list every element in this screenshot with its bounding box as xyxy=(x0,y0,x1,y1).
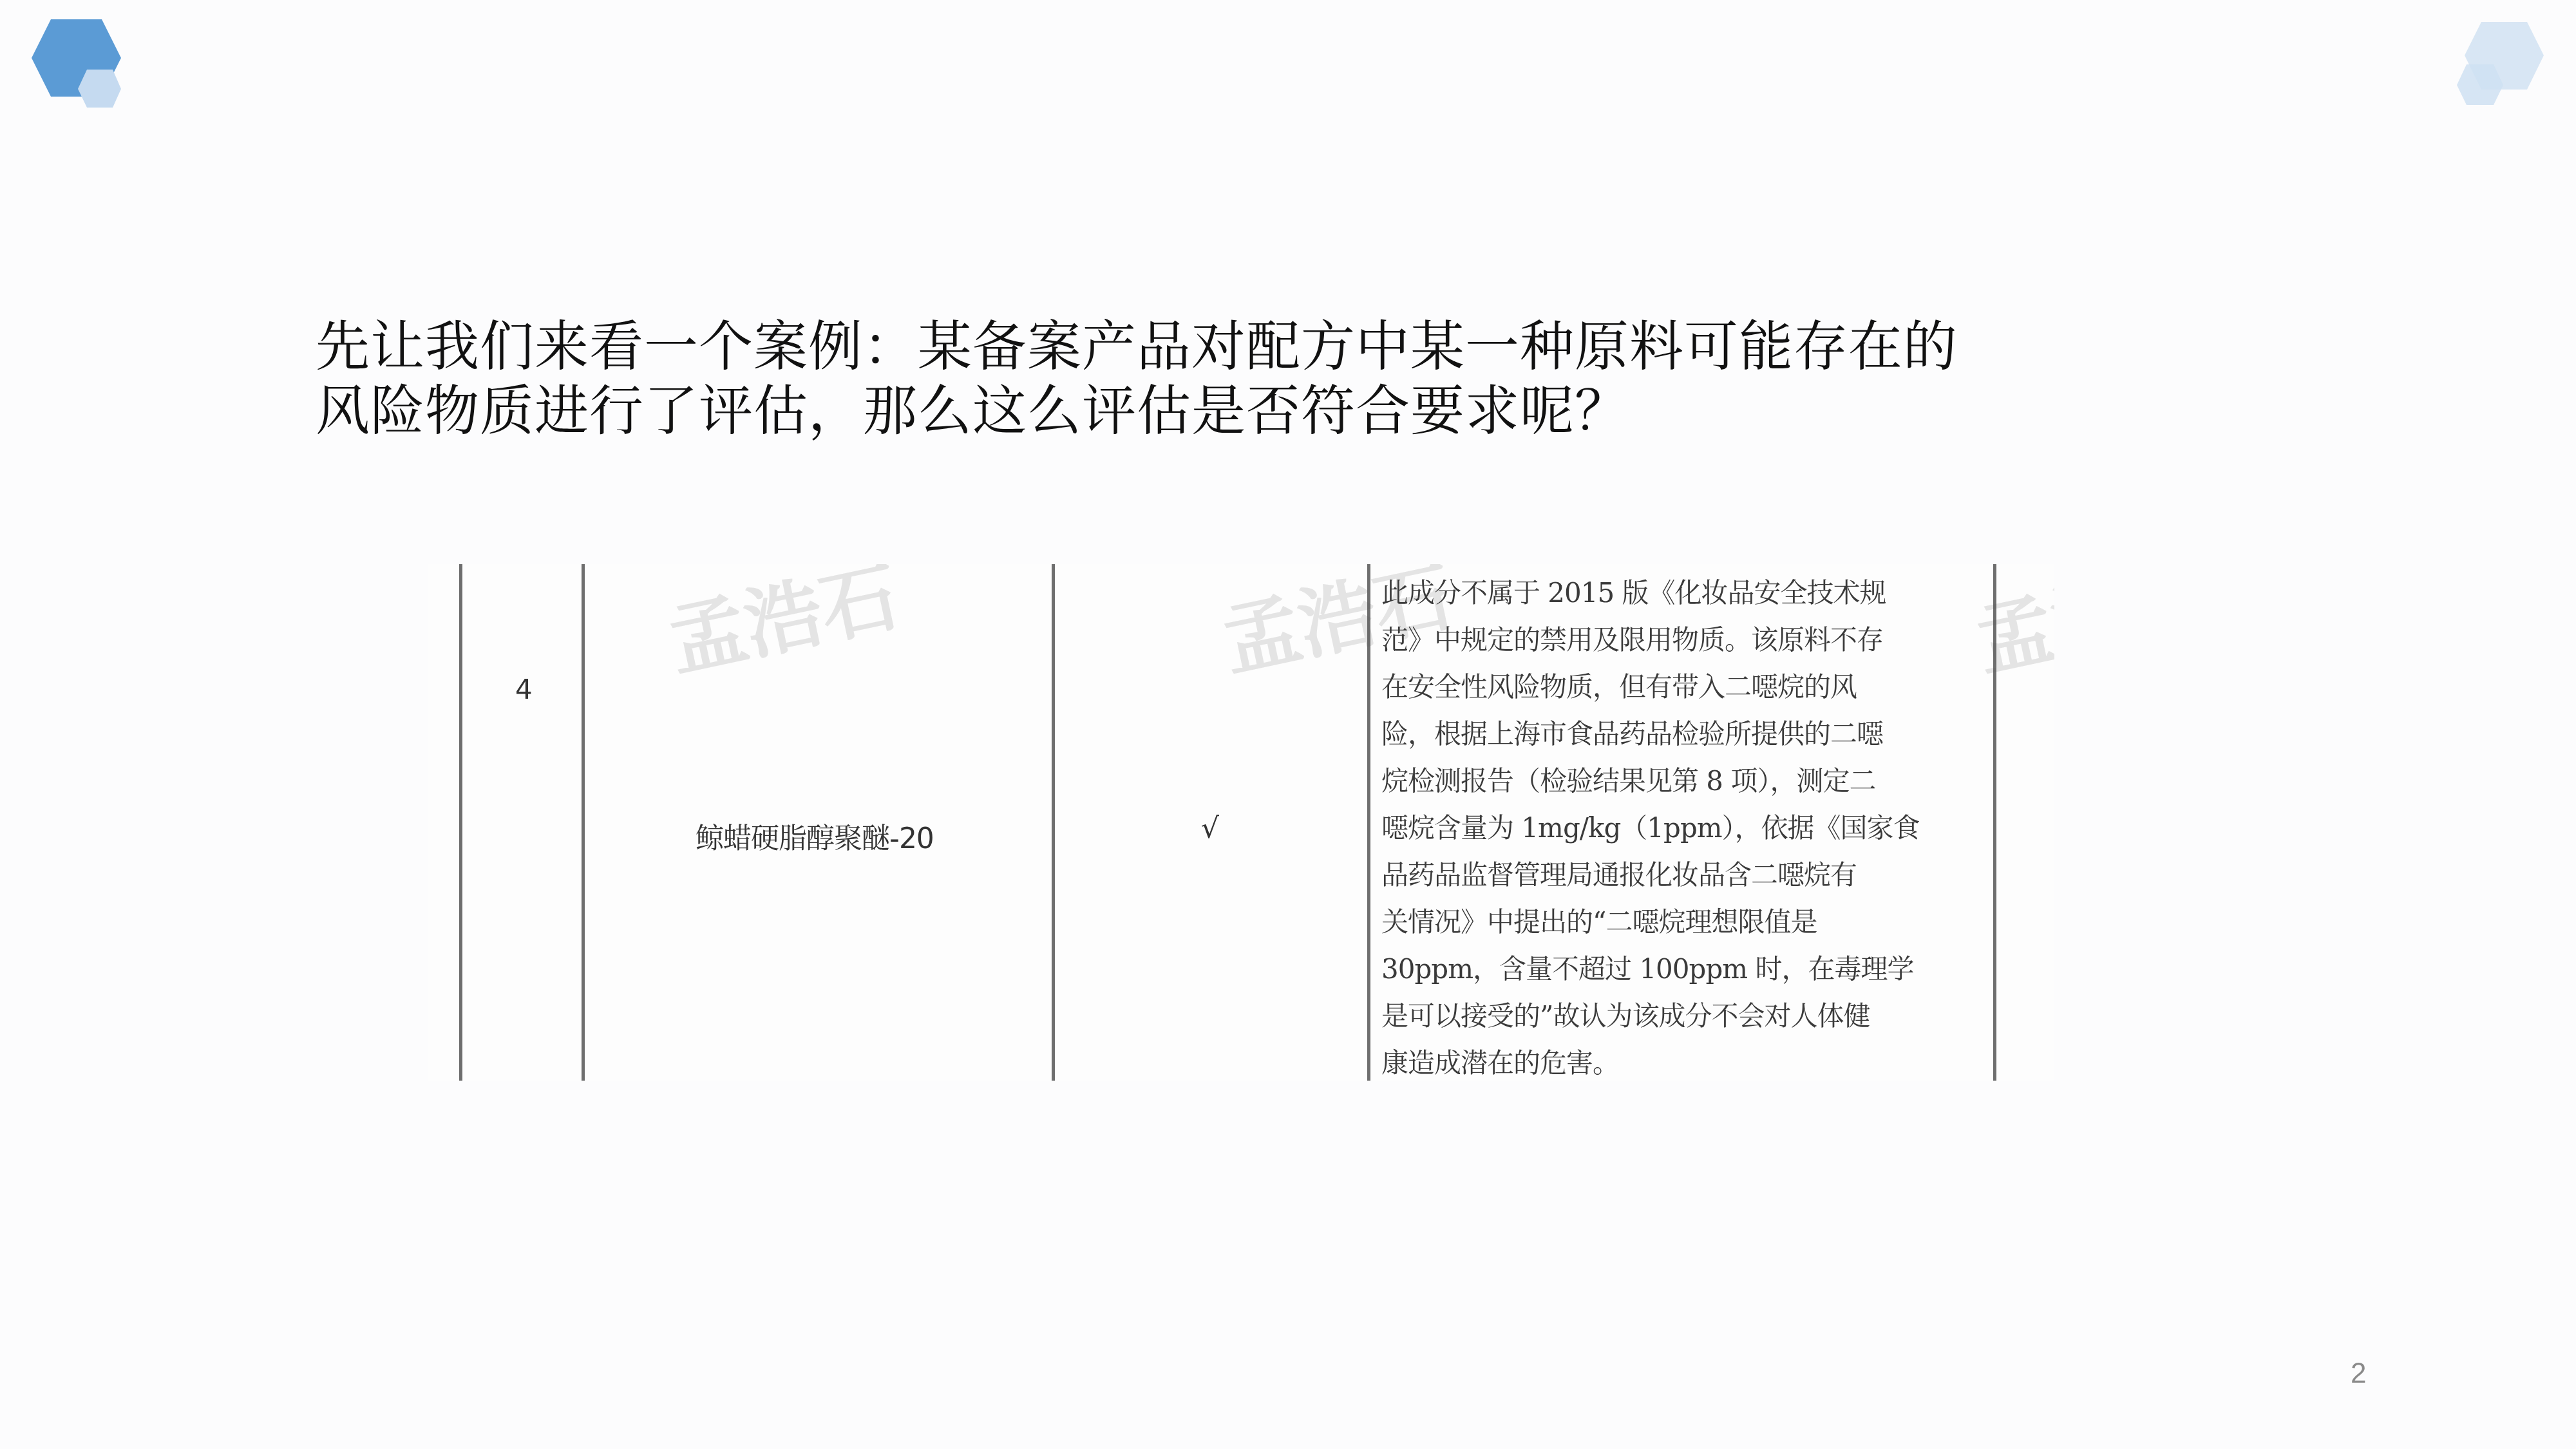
title-line-1: 先让我们来看一个案例：某备案产品对配方中某一种原料可能存在的 xyxy=(316,314,2183,379)
description-line: 险，根据上海市食品药品检验所提供的二噁 xyxy=(1381,710,2000,757)
hexagon-small-icon xyxy=(78,70,121,108)
title-line-2: 风险物质进行了评估，那么这么评估是否符合要求呢？ xyxy=(316,379,2183,443)
table-border-line xyxy=(1052,564,1055,1081)
table-border-line xyxy=(459,564,462,1081)
description-line: 烷检测报告（检验结果见第 8 项），测定二 xyxy=(1381,757,2000,804)
document-table-image: 孟浩石 孟浩石 孟浩石 4 鲸蜡硬脂醇聚醚-20 √ 此成分不属于 2015 版… xyxy=(428,564,2054,1081)
description-line: 30ppm，含量不超过 100ppm 时，在毒理学 xyxy=(1381,945,2000,992)
check-mark-icon: √ xyxy=(1201,812,1219,845)
description-line: 噁烷含量为 1mg/kg（1ppm），依据《国家食 xyxy=(1381,804,2000,851)
hexagon-logo-faded-icon xyxy=(2415,0,2576,129)
ingredient-name: 鲸蜡硬脂醇聚醚-20 xyxy=(696,815,934,857)
description-line: 范》中规定的禁用及限用物质。该原料不存 xyxy=(1381,616,2000,663)
risk-assessment-description: 此成分不属于 2015 版《化妆品安全技术规 范》中规定的禁用及限用物质。该原料… xyxy=(1381,569,2000,1081)
description-line: 此成分不属于 2015 版《化妆品安全技术规 xyxy=(1381,569,2000,616)
slide-title: 先让我们来看一个案例：某备案产品对配方中某一种原料可能存在的 风险物质进行了评估… xyxy=(316,314,2183,443)
description-line: 品药品监督管理局通报化妆品含二噁烷有 xyxy=(1381,851,2000,898)
watermark-text: 孟浩石 xyxy=(658,564,907,692)
description-line: 是可以接受的”故认为该成分不会对人体健 xyxy=(1381,992,2000,1039)
hexagon-small-faded-icon xyxy=(2457,64,2503,105)
page-number: 2 xyxy=(2351,1358,2366,1390)
table-border-line xyxy=(1367,564,1370,1081)
hexagon-logo-icon xyxy=(0,0,161,129)
description-line: 康造成潜在的危害。 xyxy=(1381,1039,2000,1081)
description-line: 在安全性风险物质，但有带入二噁烷的风 xyxy=(1381,663,2000,710)
description-line: 关情况》中提出的“二噁烷理想限值是 xyxy=(1381,898,2000,945)
table-border-line xyxy=(582,564,585,1081)
row-number: 4 xyxy=(515,674,533,705)
